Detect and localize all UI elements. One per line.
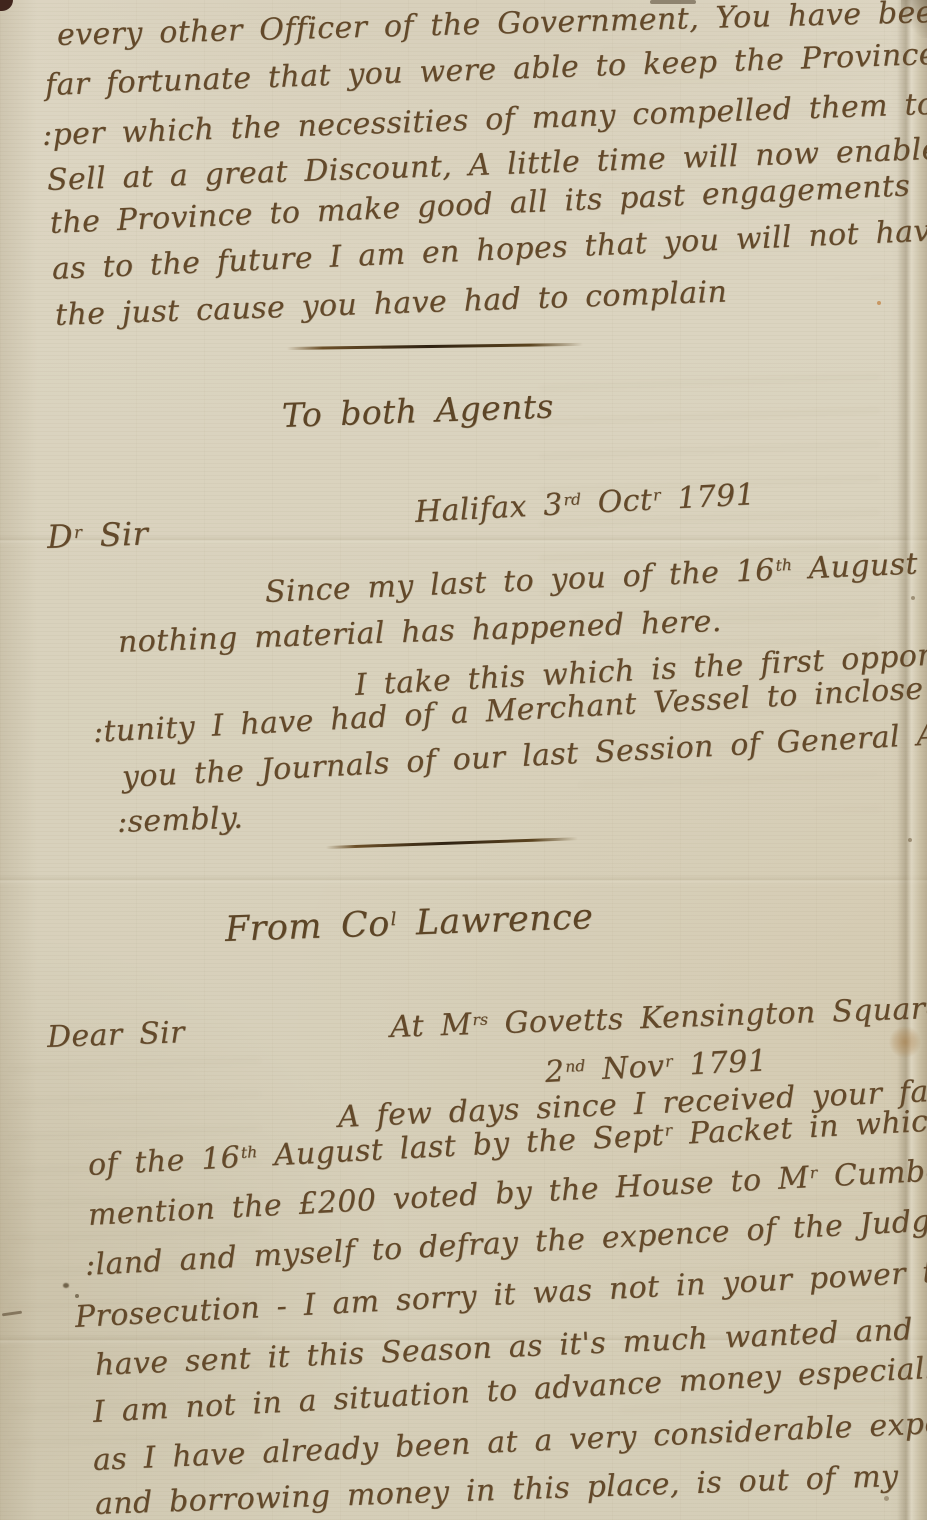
line-text: Lawrence bbox=[396, 897, 594, 944]
line-text: Since my last to you of the 16 bbox=[264, 553, 775, 610]
ink-speck bbox=[63, 1283, 69, 1288]
paper-crease bbox=[0, 875, 927, 885]
line-text: D bbox=[46, 517, 73, 556]
ink-speck bbox=[75, 1294, 79, 1298]
margin-pen-dash bbox=[2, 1311, 22, 1317]
superscript: nd bbox=[565, 1057, 586, 1076]
handwritten-line: :sembly. bbox=[116, 801, 243, 840]
divider-rule bbox=[287, 343, 583, 350]
section-heading-to-both-agents: To both Agents bbox=[281, 387, 554, 435]
line-text: Sir bbox=[81, 514, 149, 554]
handwritten-line: nothing material has happened here. bbox=[117, 604, 722, 660]
foxing-speck bbox=[877, 301, 881, 305]
line-text: Govetts Kensington Square bbox=[487, 991, 927, 1042]
line-text: At M bbox=[389, 1007, 472, 1045]
line-text: 1791 bbox=[660, 477, 756, 517]
address-line: At Mrs Govetts Kensington Square bbox=[389, 991, 927, 1045]
line-text: August bbox=[791, 547, 918, 587]
handwritten-line: the just cause you have had to complain bbox=[54, 275, 727, 333]
superscript: rs bbox=[472, 1011, 488, 1030]
manuscript-page: every other Officer of the Government, Y… bbox=[0, 0, 927, 1520]
handwritten-line: Since my last to you of the 16th August bbox=[264, 547, 918, 610]
line-text: From Co bbox=[224, 904, 390, 950]
superscript: rd bbox=[563, 491, 581, 510]
line-text: 2 bbox=[544, 1054, 565, 1090]
line-text: of the 16 bbox=[87, 1140, 241, 1183]
edge-speck bbox=[911, 596, 915, 600]
corner-mark bbox=[0, 0, 13, 11]
superscript: th bbox=[240, 1144, 257, 1163]
line-text: 1791 bbox=[672, 1043, 768, 1083]
salutation-dear-sir: Dear Sir bbox=[46, 1015, 185, 1055]
superscript: th bbox=[775, 556, 792, 575]
edge-speck bbox=[884, 1496, 889, 1501]
section-heading-from-col-lawrence: From Col Lawrence bbox=[224, 897, 594, 950]
divider-rule bbox=[326, 837, 578, 849]
dateline-halifax: Halifax 3rd Octr 1791 bbox=[414, 477, 756, 530]
line-text: Halifax 3 bbox=[414, 487, 564, 530]
line-text: Cumber: bbox=[817, 1152, 927, 1195]
edge-speck bbox=[908, 838, 912, 842]
foxing-stain bbox=[889, 1026, 921, 1058]
salutation-dr-sir: Dr Sir bbox=[46, 514, 149, 556]
line-text: Nov bbox=[585, 1049, 666, 1088]
line-text: Oct bbox=[580, 483, 653, 522]
